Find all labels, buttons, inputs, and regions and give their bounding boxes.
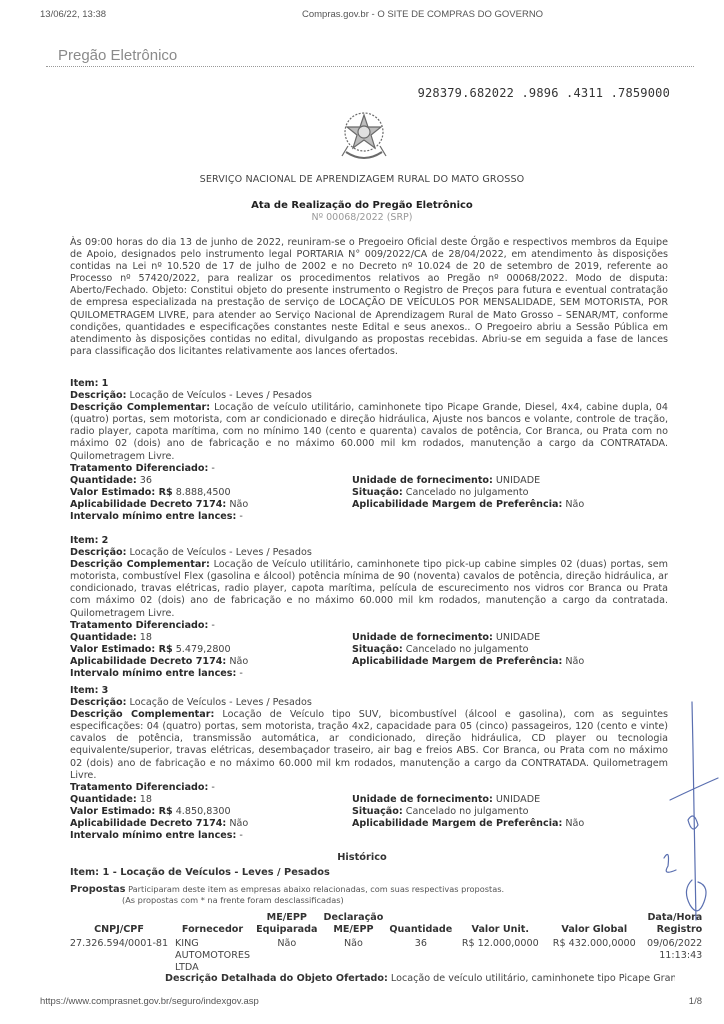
quantidade-label: Quantidade: — [70, 475, 137, 486]
margem-value: Não — [565, 656, 584, 667]
print-site-title: Compras.gov.br - O SITE DE COMPRAS DO GO… — [302, 9, 543, 20]
valor-estimado-value: 8.888,4500 — [176, 487, 231, 498]
situacao-label: Situação: — [352, 644, 403, 655]
cell-declaracao-me-epp: Não — [321, 936, 387, 974]
item-block: Item: 2 Descrição: Locação de Veículos -… — [70, 535, 668, 680]
valor-estimado-value: 4.850,8300 — [176, 806, 231, 817]
decreto-value: Não — [229, 818, 248, 829]
propostas-note: (As propostas com * na frente foram desc… — [122, 895, 344, 905]
item-number: 2 — [102, 535, 109, 546]
ata-number: Nº 00068/2022 (SRP) — [0, 212, 724, 223]
tratamento-label: Tratamento Diferenciado: — [70, 463, 208, 474]
situacao-value: Cancelado no julgamento — [406, 806, 529, 817]
quantidade-label: Quantidade: — [70, 632, 137, 643]
organization-name: SERVIÇO NACIONAL DE APRENDIZAGEM RURAL D… — [0, 174, 724, 185]
col-me-epp-equiparada: ME/EPP Equiparada — [253, 912, 320, 936]
decreto-label: Aplicabilidade Decreto 7174: — [70, 499, 226, 510]
item-block: Item: 3 Descrição: Locação de Veículos -… — [70, 685, 668, 842]
descricao-value: Locação de Veículos - Leves / Pesados — [130, 697, 312, 708]
unidade-label: Unidade de fornecimento: — [352, 475, 493, 486]
descricao-complementar-label: Descrição Complementar: — [70, 709, 214, 720]
unidade-value: UNIDADE — [496, 794, 540, 805]
intro-paragraph: Às 09:00 horas do dia 13 de junho de 202… — [70, 237, 668, 358]
descricao-label: Descrição: — [70, 547, 126, 558]
situacao-value: Cancelado no julgamento — [406, 644, 529, 655]
descricao-complementar-label: Descrição Complementar: — [70, 559, 210, 570]
unidade-label: Unidade de fornecimento: — [352, 632, 493, 643]
decreto-label: Aplicabilidade Decreto 7174: — [70, 656, 226, 667]
decreto-value: Não — [229, 656, 248, 667]
propostas-table: CNPJ/CPF Fornecedor ME/EPP Equiparada De… — [66, 912, 705, 974]
cell-hora: 11:13:43 — [646, 950, 702, 962]
propostas-block: Propostas Participaram deste item as emp… — [70, 884, 504, 906]
historico-item-heading: Item: 1 - Locação de Veículos - Leves / … — [70, 867, 330, 878]
intervalo-value: - — [239, 668, 242, 679]
intervalo-label: Intervalo mínimo entre lances: — [70, 830, 236, 841]
descricao-value: Locação de Veículos - Leves / Pesados — [130, 390, 312, 401]
item-number: 3 — [102, 685, 109, 696]
item-label: Item: — [70, 535, 99, 546]
document-code: 928379.682022 .9896 .4311 .7859000 — [418, 86, 670, 100]
margem-label: Aplicabilidade Margem de Preferência: — [352, 818, 562, 829]
brazil-coat-of-arms-icon — [338, 108, 390, 166]
quantidade-value: 18 — [140, 794, 152, 805]
descricao-complementar-label: Descrição Complementar: — [70, 402, 210, 413]
col-quantidade: Quantidade — [386, 912, 455, 936]
unidade-value: UNIDADE — [496, 475, 540, 486]
descricao-detalhada-text: Locação de veículo utilitário, caminhone… — [391, 973, 675, 984]
propostas-text: Participaram deste item as empresas abai… — [128, 884, 504, 894]
descricao-value: Locação de Veículos - Leves / Pesados — [130, 547, 312, 558]
margem-value: Não — [565, 499, 584, 510]
col-cnpj: CNPJ/CPF — [66, 912, 172, 936]
print-footer-url: https://www.comprasnet.gov.br/seguro/ind… — [40, 996, 259, 1007]
situacao-label: Situação: — [352, 806, 403, 817]
intervalo-value: - — [239, 511, 242, 522]
cell-valor-global: R$ 432.000,0000 — [545, 936, 643, 974]
cell-cnpj: 27.326.594/0001-81 — [66, 936, 172, 974]
tratamento-value: - — [211, 782, 214, 793]
col-valor-global: Valor Global — [545, 912, 643, 936]
margem-label: Aplicabilidade Margem de Preferência: — [352, 656, 562, 667]
valor-estimado-label: Valor Estimado: R$ — [70, 806, 173, 817]
item-label: Item: — [70, 378, 99, 389]
print-footer-page: 1/8 — [689, 996, 702, 1007]
valor-estimado-value: 5.479,2800 — [176, 644, 231, 655]
ata-title: Ata de Realização do Pregão Eletrônico — [0, 200, 724, 211]
print-datetime: 13/06/22, 13:38 — [40, 9, 106, 20]
cell-me-epp-equiparada: Não — [253, 936, 320, 974]
situacao-value: Cancelado no julgamento — [406, 487, 529, 498]
col-fornecedor: Fornecedor — [172, 912, 253, 936]
historico-item-heading-text: Item: 1 - Locação de Veículos - Leves / … — [70, 867, 330, 878]
page-heading: Pregão Eletrônico — [58, 47, 177, 64]
intervalo-label: Intervalo mínimo entre lances: — [70, 511, 236, 522]
descricao-detalhada: Descrição Detalhada do Objeto Ofertado: … — [165, 973, 675, 984]
col-valor-unit: Valor Unit. — [455, 912, 545, 936]
cell-data-hora: 09/06/2022 11:13:43 — [643, 936, 705, 974]
descricao-label: Descrição: — [70, 390, 126, 401]
valor-estimado-label: Valor Estimado: R$ — [70, 487, 173, 498]
historico-title: Histórico — [0, 852, 724, 863]
intervalo-label: Intervalo mínimo entre lances: — [70, 668, 236, 679]
table-row: 27.326.594/0001-81 KING AUTOMOTORES LTDA… — [66, 936, 705, 974]
tratamento-label: Tratamento Diferenciado: — [70, 620, 208, 631]
unidade-value: UNIDADE — [496, 632, 540, 643]
intervalo-value: - — [239, 830, 242, 841]
quantidade-label: Quantidade: — [70, 794, 137, 805]
quantidade-value: 18 — [140, 632, 152, 643]
decreto-value: Não — [229, 499, 248, 510]
quantidade-value: 36 — [140, 475, 152, 486]
decreto-label: Aplicabilidade Decreto 7174: — [70, 818, 226, 829]
cell-fornecedor: KING AUTOMOTORES LTDA — [172, 936, 253, 974]
tratamento-value: - — [211, 463, 214, 474]
item-block: Item: 1 Descrição: Locação de Veículos -… — [70, 378, 668, 523]
descricao-detalhada-label: Descrição Detalhada do Objeto Ofertado: — [165, 973, 388, 984]
propostas-label: Propostas — [70, 884, 125, 895]
descricao-label: Descrição: — [70, 697, 126, 708]
situacao-label: Situação: — [352, 487, 403, 498]
item-number: 1 — [102, 378, 109, 389]
header-divider — [46, 66, 694, 67]
valor-estimado-label: Valor Estimado: R$ — [70, 644, 173, 655]
cell-valor-unit: R$ 12.000,0000 — [455, 936, 545, 974]
unidade-label: Unidade de fornecimento: — [352, 794, 493, 805]
cell-quantidade: 36 — [386, 936, 455, 974]
margem-label: Aplicabilidade Margem de Preferência: — [352, 499, 562, 510]
margem-value: Não — [565, 818, 584, 829]
tratamento-value: - — [211, 620, 214, 631]
item-label: Item: — [70, 685, 99, 696]
col-declaracao-me-epp: Declaração ME/EPP — [321, 912, 387, 936]
handwritten-signature-icon — [640, 690, 724, 940]
tratamento-label: Tratamento Diferenciado: — [70, 782, 208, 793]
